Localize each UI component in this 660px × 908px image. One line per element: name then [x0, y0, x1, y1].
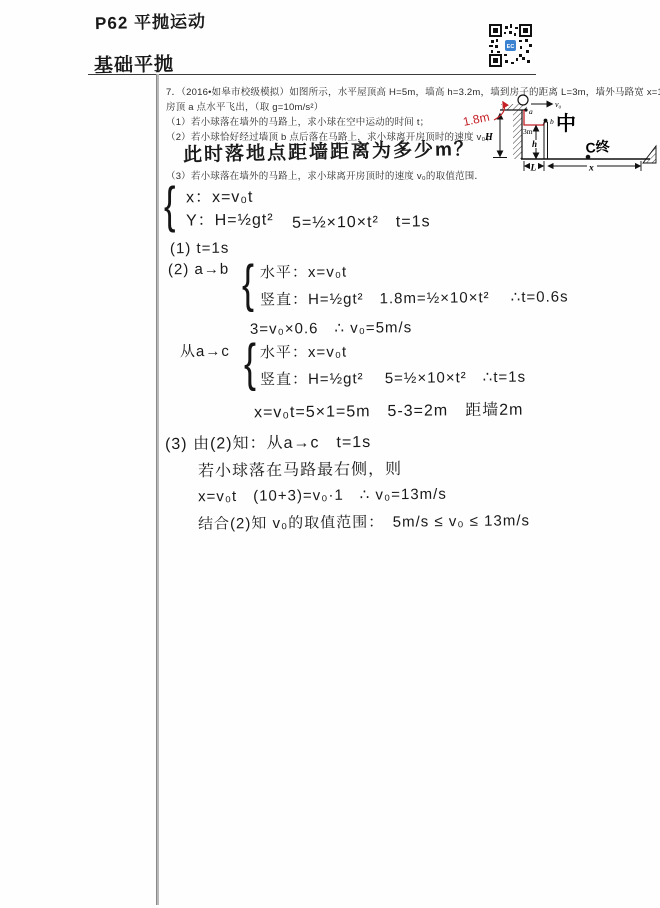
qr-logo-text: EC — [507, 44, 515, 50]
worksheet-page: P62 平抛运动 基础平抛 EC 7．（2016•如皋市校级模拟）如图所示，水平… — [0, 0, 660, 908]
x-label: x — [588, 164, 594, 174]
hw-part2c-head: 从a→c — [180, 340, 230, 362]
problem-question-3: （3）若小球落在墙外的马路上，求小球离开房顶时的速度 v₀的取值范围． — [166, 168, 484, 182]
hw-answer-1: (1) t=1s — [170, 240, 229, 258]
road-edge-support-icon — [643, 146, 656, 163]
gap-3m-label: 3m — [523, 127, 533, 136]
hw-part2-head: (2) a→b — [168, 261, 229, 279]
L-label: L — [530, 164, 537, 174]
c-end-mark: C终 — [585, 138, 611, 156]
problem-figure: a v₀ H 1.8m 3m h b 中 L — [463, 88, 660, 182]
hw-part2c-vertical: 竖直：H=½gt² 5=½×10×t² ∴t=1s — [260, 366, 526, 390]
hw-part3-line3: x=v₀t (10+3)=v₀·1 ∴ v₀=13m/s — [198, 483, 447, 507]
building-wall-hatch — [513, 110, 522, 159]
hw-part2-horizontal: 水平：x=v₀t — [260, 261, 347, 283]
v0-label: v₀ — [555, 100, 562, 109]
margin-rule — [156, 74, 159, 905]
point-a-label: a — [529, 107, 533, 116]
problem-question-1: （1）若小球落在墙外的马路上，求小球在空中运动的时间 t； — [166, 114, 429, 128]
qr-code-icon: EC — [489, 24, 532, 67]
h-label: h — [532, 139, 537, 149]
hw-part3-line4: 结合(2)知 v₀的取值范围： 5m/s ≤ v₀ ≤ 13m/s — [198, 509, 530, 533]
page-title: P62 平抛运动 — [95, 7, 206, 34]
hw-part2-result: 3=v₀×0.6 ∴ v₀=5m/s — [250, 316, 412, 339]
hw-part2-vertical: 竖直：H=½gt² 1.8m=½×10×t² ∴t=0.6s — [260, 285, 569, 309]
hw-sys1-calc: 5=½×10×t² t=1s — [292, 208, 431, 232]
problem-line-2: 房顶 a 点水平飞出，（取 g=10m/s²） — [166, 99, 323, 113]
hw-sys1-y: Y：H=½gt² — [186, 207, 274, 231]
hw-sys1-x: x：x=v₀t — [186, 184, 254, 208]
point-a-dot — [524, 108, 527, 111]
red-1-8m-label: 1.8m — [463, 110, 491, 129]
hw-part3-line2: 若小球落在马路最右侧，则 — [198, 456, 402, 481]
brace-part2c: { — [244, 338, 256, 390]
hw-question: 此时落地点距墙距离为多少m？ — [183, 134, 475, 167]
brace-part2: { — [242, 259, 254, 311]
ball-icon — [518, 95, 528, 105]
H-label: H — [484, 132, 494, 143]
hw-part3-line1: (3) 由(2)知：从a→c t=1s — [165, 429, 371, 454]
red-path-a-to-b — [524, 110, 545, 125]
point-b-dot — [544, 119, 548, 123]
point-b-label: b — [550, 117, 554, 126]
hw-part2c-result: x=v₀t=5×1=5m 5-3=2m 距墙2m — [254, 397, 524, 423]
hw-part2c-horizontal: 水平：x=v₀t — [260, 341, 347, 363]
check-mark-zhong: 中 — [556, 111, 576, 135]
brace-system-1: { — [164, 180, 176, 230]
